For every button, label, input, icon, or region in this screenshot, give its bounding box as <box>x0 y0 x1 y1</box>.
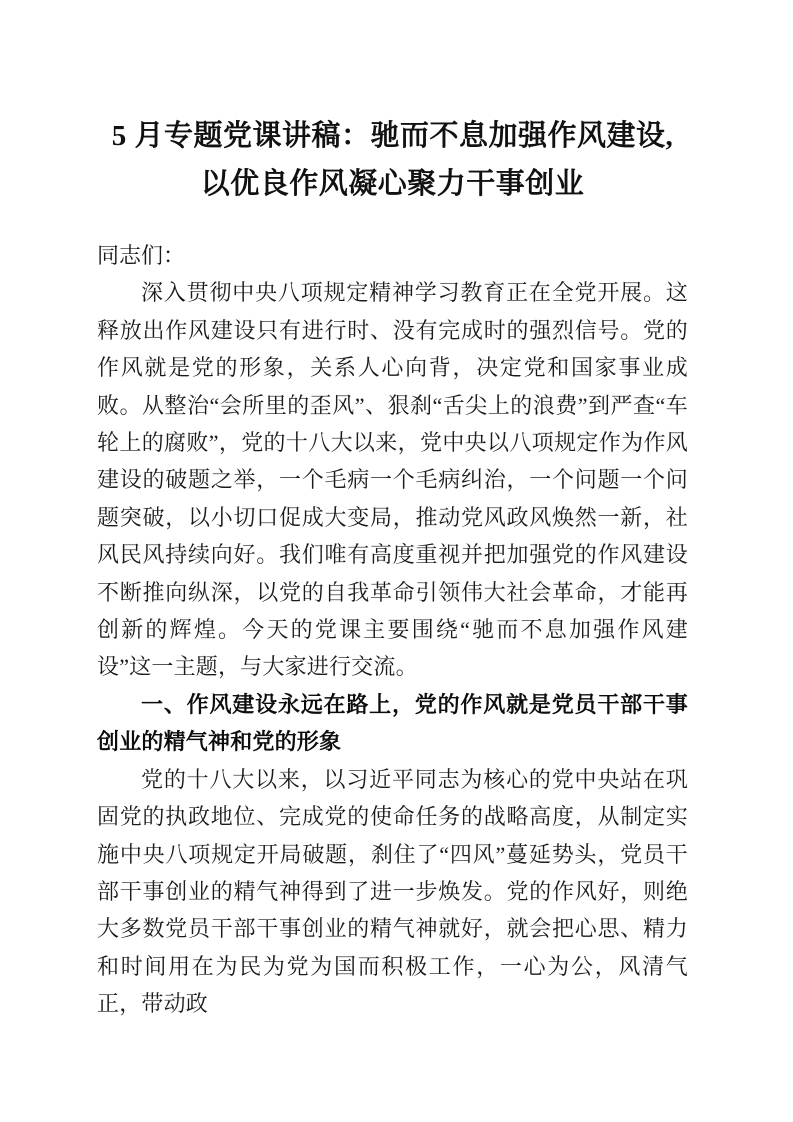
document-title-line-2: 以优良作风凝心聚力干事创业 <box>97 160 688 208</box>
paragraph-intro: 深入贯彻中央八项规定精神学习教育正在全党开展。这释放出作风建设只有进行时、没有完… <box>97 274 688 685</box>
paragraph-section-1-body: 党的十八大以来，以习近平同志为核心的党中央站在巩固党的执政地位、完成党的使命任务… <box>97 761 688 1023</box>
document-page: 5 月专题党课讲稿：驰而不息加强作风建设, 以优良作风凝心聚力干事创业 同志们：… <box>0 0 793 1122</box>
document-title-line-1: 5 月专题党课讲稿：驰而不息加强作风建设, <box>97 112 688 160</box>
document-title: 5 月专题党课讲稿：驰而不息加强作风建设, 以优良作风凝心聚力干事创业 <box>97 112 688 208</box>
salutation: 同志们： <box>97 237 688 274</box>
section-heading-1: 一、作风建设永远在路上，党的作风就是党员干部干事创业的精气神和党的形象 <box>97 686 688 761</box>
